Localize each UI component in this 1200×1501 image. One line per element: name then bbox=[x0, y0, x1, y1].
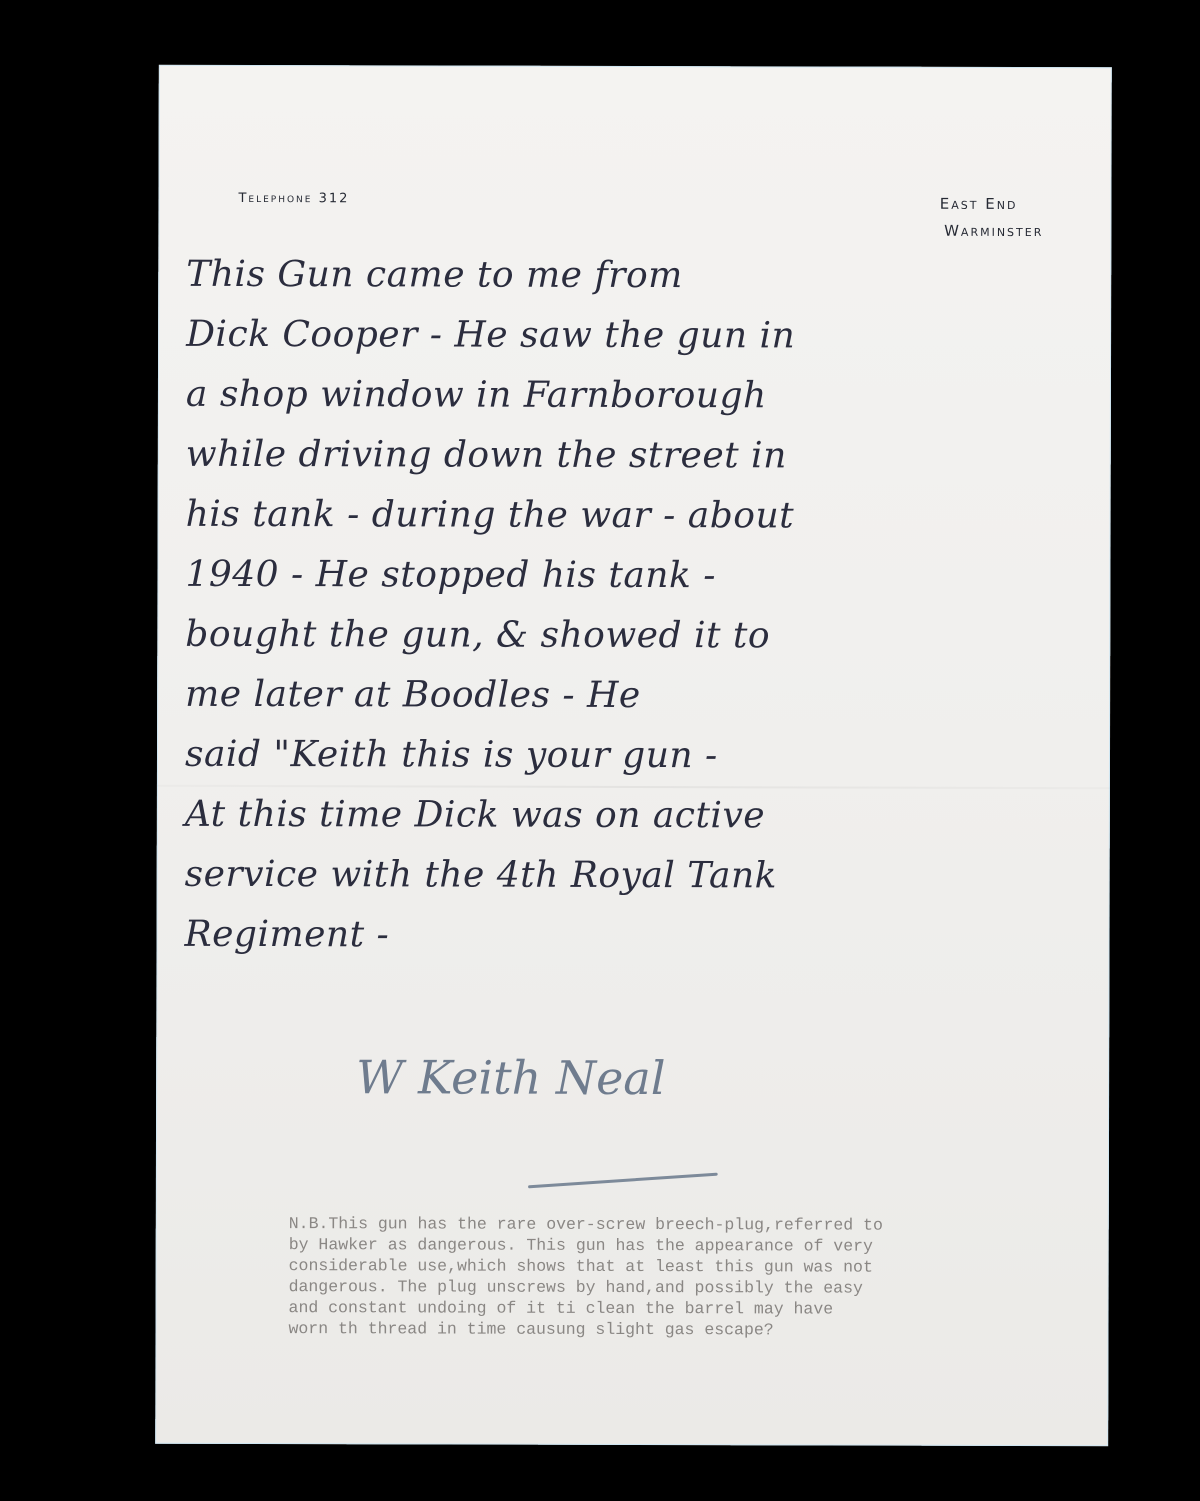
typed-note: N.B.This gun has the rare over-screw bre… bbox=[288, 1213, 1088, 1341]
signature-underline bbox=[528, 1173, 718, 1189]
typed-line: and constant undoing of it ti clean the … bbox=[289, 1297, 1089, 1320]
handwritten-line: 1940 - He stopped his tank - bbox=[185, 545, 1085, 607]
typed-line: dangerous. The plug unscrews by hand,and… bbox=[289, 1276, 1089, 1299]
typed-line: N.B.This gun has the rare over-screw bre… bbox=[289, 1213, 1089, 1236]
handwritten-line: This Gun came to me from bbox=[186, 245, 1086, 307]
handwritten-line: At this time Dick was on active bbox=[185, 785, 1085, 847]
signature: W Keith Neal bbox=[356, 1050, 665, 1105]
handwritten-line: bought the gun, & showed it to bbox=[185, 605, 1085, 667]
handwritten-line: a shop window in Farnborough bbox=[186, 365, 1086, 427]
handwritten-body: This Gun came to me from Dick Cooper - H… bbox=[184, 245, 1086, 967]
handwritten-line: Regiment - bbox=[184, 905, 1084, 967]
handwritten-line: service with the 4th Royal Tank bbox=[185, 845, 1085, 907]
handwritten-line: said "Keith this is your gun - bbox=[185, 725, 1085, 787]
address-line-1: East End bbox=[940, 191, 1018, 218]
typed-line: considerable use,which shows that at lea… bbox=[289, 1255, 1089, 1278]
handwritten-line: Dick Cooper - He saw the gun in bbox=[186, 305, 1086, 367]
handwritten-line: me later at Boodles - He bbox=[185, 665, 1085, 727]
letterhead-address: East End Warminster bbox=[940, 191, 1044, 245]
address-line-2: Warminster bbox=[940, 218, 1044, 245]
letterhead-telephone: Telephone 312 bbox=[238, 191, 349, 206]
handwritten-line: while driving down the street in bbox=[186, 425, 1086, 487]
letter-page: Telephone 312 East End Warminster This G… bbox=[155, 65, 1112, 1446]
handwritten-line: his tank - during the war - about bbox=[186, 485, 1086, 547]
typed-line: by Hawker as dangerous. This gun has the… bbox=[289, 1234, 1089, 1257]
typed-line: worn th thread in time causung slight ga… bbox=[288, 1318, 1088, 1341]
